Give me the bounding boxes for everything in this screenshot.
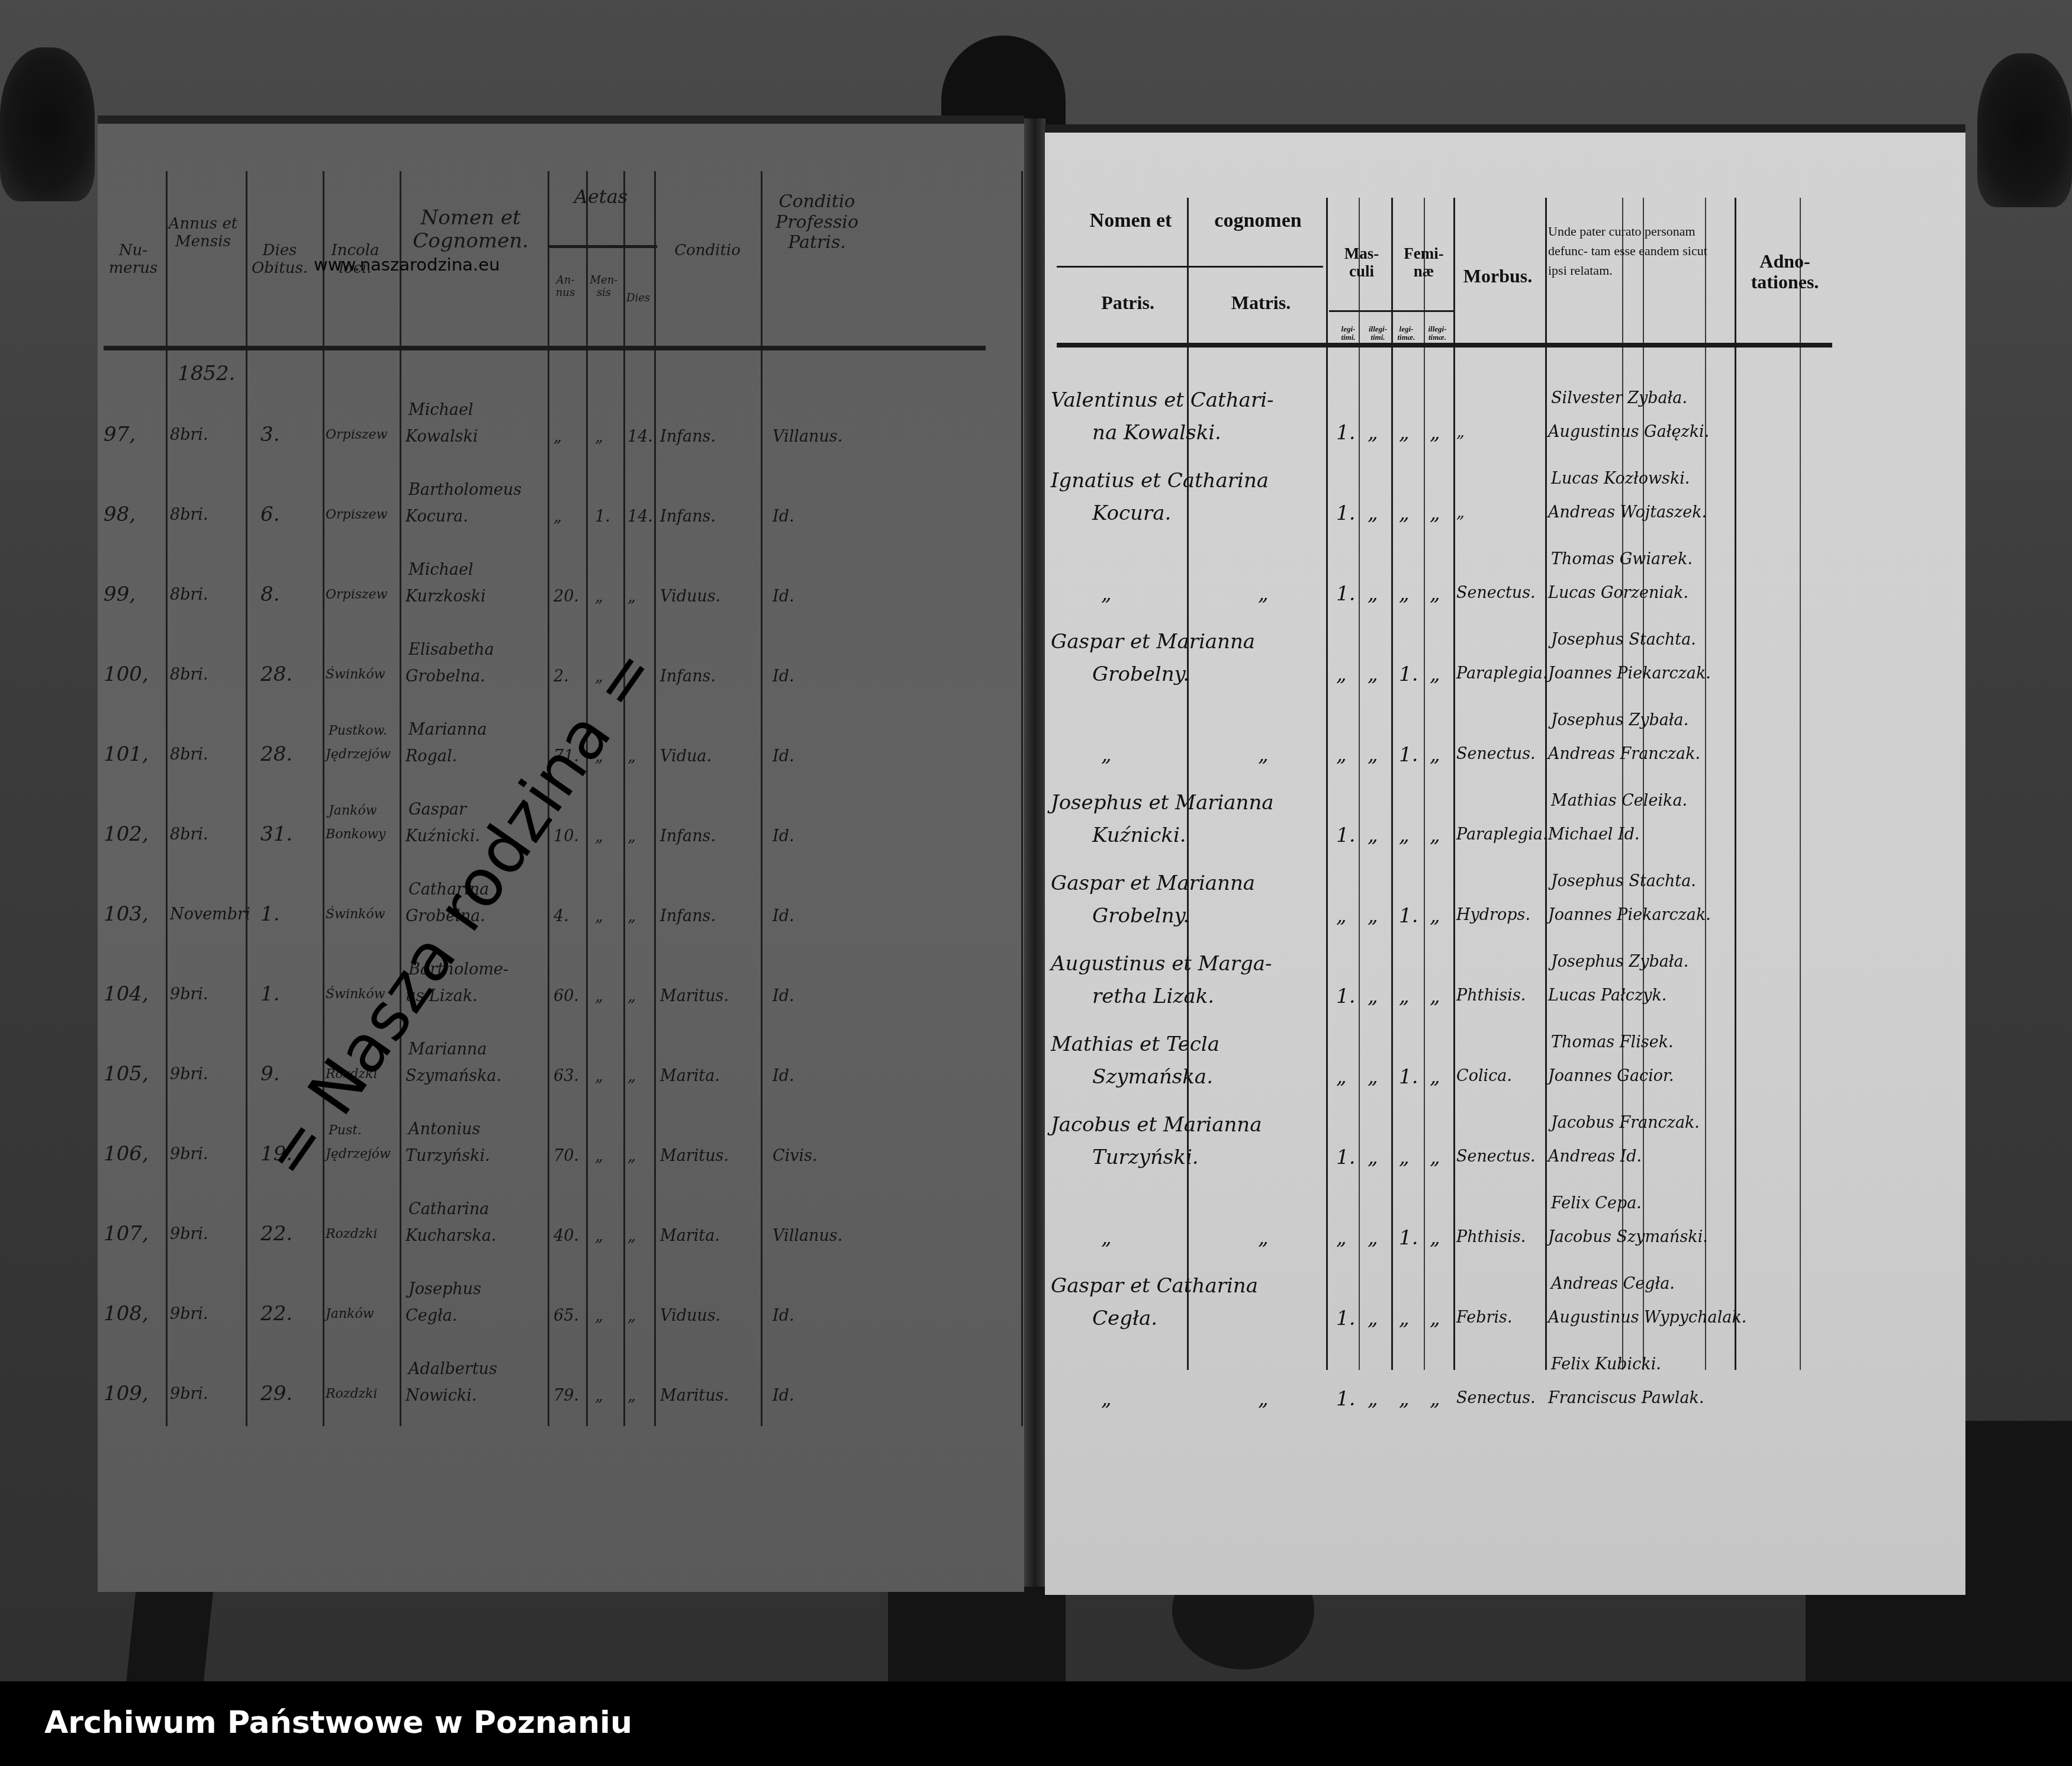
- entry-age-months: 1.: [595, 509, 610, 525]
- register-row: 98,8bri.6.OrpiszewBartholomeusKocura.„1.…: [98, 482, 1021, 562]
- entry-age-months: „: [595, 1388, 603, 1404]
- entry-month: 8bri.: [170, 427, 208, 443]
- entry-profession: Id.: [773, 1068, 794, 1084]
- entry-conditio: Infans.: [660, 828, 716, 844]
- entry-age-years: 2.: [554, 668, 569, 684]
- entry-profession: Id.: [773, 668, 794, 684]
- register-row: 104,9bri.1.ŚwinkówBartholome-us Lizak.60…: [98, 961, 1021, 1041]
- header-aetas-dies: Dies: [623, 292, 653, 305]
- entry-name-last: Szymańska.: [406, 1068, 501, 1084]
- header-aetas-anni: An- nus: [548, 275, 583, 299]
- witness-1: Thomas Flisek.: [1551, 1034, 1674, 1050]
- entry-name-first: Adalbertus: [408, 1361, 497, 1377]
- entry-day: 28.: [260, 744, 292, 764]
- parents-names: Gaspar et Marianna: [1051, 873, 1255, 893]
- entry-place: Orpiszew: [326, 509, 387, 522]
- entry-place: Orpiszew: [326, 588, 387, 601]
- count-male-legitimate: „: [1336, 1067, 1347, 1087]
- cause-of-death: Paraplegia.: [1456, 826, 1548, 842]
- cause-of-death: „: [1456, 504, 1465, 520]
- count-male-legitimate: 1.: [1336, 503, 1355, 523]
- header-annus-mensis: Annus et Mensis: [168, 215, 239, 251]
- count-female-legitimate: „: [1399, 986, 1410, 1006]
- register-row: „„1.„„„Senectus.Felix Kubicki.Franciscus…: [1045, 1347, 1962, 1428]
- count-male-legitimate: 1.: [1336, 986, 1355, 1006]
- count-male-illegitimate: „: [1368, 1147, 1378, 1167]
- archive-name: Archiwum Państwowe w Poznaniu: [44, 1705, 632, 1741]
- entry-name-first: Marianna: [408, 722, 487, 738]
- count-female-illegitimate: „: [1430, 1067, 1440, 1087]
- count-male-illegitimate: „: [1368, 1067, 1378, 1087]
- entry-profession: Villanus.: [773, 429, 842, 445]
- count-female-illegitimate: „: [1430, 1147, 1440, 1167]
- entry-day: 22.: [260, 1304, 292, 1324]
- witness-2: Lucas Gorzeniak.: [1548, 585, 1688, 601]
- witness-1: Josephus Zybała.: [1551, 954, 1688, 970]
- entry-age-months: „: [595, 1148, 603, 1164]
- cause-of-death: Paraplegia.: [1456, 665, 1548, 681]
- count-male-legitimate: 1.: [1336, 1308, 1355, 1328]
- header-nomen-et: Nomen et: [1057, 210, 1205, 231]
- header-bottom-rule: [104, 346, 986, 350]
- archive-banner: Archiwum Państwowe w Poznaniu: [0, 1681, 2072, 1766]
- entry-place: Świnków: [326, 668, 385, 681]
- count-male-legitimate: „: [1336, 664, 1347, 684]
- left-page: Nu- merus Annus et Mensis Dies Obitus. I…: [98, 115, 1024, 1592]
- header-conditio-professio-patris: Conditio Professio Patris.: [764, 192, 870, 253]
- count-male-illegitimate: „: [1368, 503, 1378, 523]
- entry-age-months: „: [595, 1308, 603, 1324]
- count-female-illegitimate: „: [1430, 503, 1440, 523]
- cause-of-death: Phthisis.: [1456, 987, 1526, 1003]
- parents-surname: Kocura.: [1092, 503, 1171, 523]
- entry-number: 104,: [104, 984, 149, 1004]
- entry-name-last: Kurzkoski: [406, 588, 486, 604]
- header-numerus: Nu- merus: [101, 242, 166, 278]
- header-rule: [548, 245, 657, 248]
- parents-surname: Kuźnicki.: [1092, 825, 1186, 845]
- witness-1: Josephus Zybała.: [1551, 712, 1688, 728]
- register-row: 109,9bri.29.RozdzkiAdalbertusNowicki.79.…: [98, 1361, 1021, 1441]
- entry-day: 31.: [260, 824, 292, 844]
- entry-day: 8.: [260, 584, 279, 604]
- entry-day: 1.: [260, 904, 279, 924]
- entry-number: 100,: [104, 664, 149, 684]
- witness-1: Thomas Gwiarek.: [1551, 551, 1693, 567]
- entry-month: 8bri.: [170, 667, 208, 683]
- header-conditio: Conditio: [657, 242, 758, 260]
- register-row: 107,9bri.22.RozdzkiCatharinaKucharska.40…: [98, 1201, 1021, 1281]
- register-row: „„„„1.„Phthisis.Felix Cepa.Jacobus Szyma…: [1045, 1186, 1962, 1267]
- header-unde-pater: Unde pater curato personam defunc- tam e…: [1548, 221, 1720, 280]
- register-row: Ignatius et CatharinaKocura.1.„„„„Lucas …: [1045, 462, 1962, 542]
- entry-day: 3.: [260, 424, 279, 445]
- entry-name-last: Turzyński.: [406, 1148, 490, 1164]
- header-adnotationes: Adno- tationes.: [1738, 251, 1832, 292]
- count-female-legitimate: 1.: [1399, 1067, 1418, 1087]
- parents-ditto: „: [1258, 1228, 1269, 1248]
- header-dies-obitus: Dies Obitus.: [243, 242, 317, 278]
- witness-2: Augustinus Wypychalak.: [1548, 1310, 1746, 1326]
- parents-ditto: „: [1258, 745, 1269, 765]
- register-row: 97,8bri.3.OrpiszewMichaelKowalski„„14.In…: [98, 402, 1021, 482]
- header-morbus: Morbus.: [1453, 266, 1542, 287]
- entry-profession: Id.: [773, 748, 794, 764]
- entry-month: 8bri.: [170, 826, 208, 842]
- cause-of-death: Senectus.: [1456, 585, 1536, 601]
- entry-age-months: „: [595, 1228, 603, 1244]
- register-row: 105,9bri.9.RozdzkiMariannaSzymańska.63.„…: [98, 1041, 1021, 1121]
- entry-conditio: Maritus.: [660, 1148, 729, 1164]
- entry-name-first: Michael: [408, 402, 474, 418]
- parents-ditto: „: [1101, 1389, 1112, 1409]
- entry-age-months: „: [595, 1068, 603, 1084]
- parents-surname: retha Lizak.: [1092, 986, 1214, 1006]
- witness-1: Lucas Kozłowski.: [1551, 471, 1690, 487]
- count-female-legitimate: „: [1399, 1389, 1410, 1409]
- header-matris: Matris.: [1205, 292, 1317, 313]
- count-female-illegitimate: „: [1430, 745, 1440, 765]
- entry-profession: Id.: [773, 1308, 794, 1324]
- entry-age-years: 79.: [554, 1388, 579, 1404]
- header-aetas: Aetas: [548, 186, 654, 208]
- entry-number: 106,: [104, 1144, 149, 1164]
- entry-age-years: 70.: [554, 1148, 579, 1164]
- entry-name-first: Gaspar: [408, 802, 466, 818]
- entry-conditio: Marita.: [660, 1068, 720, 1084]
- count-female-illegitimate: „: [1430, 584, 1440, 604]
- count-female-legitimate: 1.: [1399, 1228, 1418, 1248]
- header-nomen-cognomen: Nomen et Cognomen.: [397, 207, 545, 253]
- entry-number: 109,: [104, 1384, 149, 1404]
- witness-1: Felix Kubicki.: [1551, 1356, 1661, 1372]
- count-female-legitimate: „: [1399, 503, 1410, 523]
- entry-age-years: 4.: [554, 908, 569, 924]
- entry-day: 1.: [260, 984, 279, 1004]
- count-female-illegitimate: „: [1430, 1389, 1440, 1409]
- entry-place: Orpiszew: [326, 429, 387, 442]
- parents-ditto: „: [1101, 1228, 1112, 1248]
- witness-2: Joannes Piekarczak.: [1548, 665, 1711, 681]
- count-female-illegitimate: „: [1430, 986, 1440, 1006]
- entry-month: 9bri.: [170, 1066, 208, 1082]
- cause-of-death: Hydrops.: [1456, 907, 1530, 923]
- entry-age-days: „: [628, 1308, 636, 1324]
- witness-2: Andreas Wojtaszek.: [1548, 504, 1707, 520]
- entry-age-days: „: [628, 588, 636, 604]
- entry-place: Jędrzejów: [326, 748, 391, 761]
- entry-name-last: Kowalski: [406, 429, 478, 445]
- entry-conditio: Vidua.: [660, 748, 712, 764]
- entry-profession: Id.: [773, 509, 794, 525]
- entry-number: 107,: [104, 1224, 149, 1244]
- register-row: Josephus et MariannaKuźnicki.1.„„„Parapl…: [1045, 784, 1962, 864]
- header-illegitimae: illegi- timæ.: [1423, 325, 1452, 342]
- count-male-legitimate: 1.: [1336, 584, 1355, 604]
- entry-month: 9bri.: [170, 1386, 208, 1402]
- entry-place-line1: Janków: [329, 805, 377, 818]
- entry-name-last: Grobelna.: [406, 668, 485, 684]
- count-male-illegitimate: „: [1368, 584, 1378, 604]
- count-male-illegitimate: „: [1368, 825, 1378, 845]
- count-male-illegitimate: „: [1368, 664, 1378, 684]
- entry-month: 9bri.: [170, 986, 208, 1002]
- count-male-legitimate: 1.: [1336, 1147, 1355, 1167]
- entry-conditio: Infans.: [660, 429, 716, 445]
- entry-name-first: Marianna: [408, 1041, 487, 1057]
- count-male-legitimate: 1.: [1336, 825, 1355, 845]
- count-female-illegitimate: „: [1430, 423, 1440, 443]
- entry-number: 101,: [104, 744, 149, 764]
- entry-name-last: Nowicki.: [406, 1388, 477, 1404]
- parents-surname: Cegła.: [1092, 1308, 1157, 1328]
- cause-of-death: „: [1456, 424, 1465, 440]
- entry-conditio: Infans.: [660, 908, 716, 924]
- count-male-legitimate: 1.: [1336, 1389, 1355, 1409]
- entry-conditio: Viduus.: [660, 588, 720, 604]
- count-female-legitimate: „: [1399, 584, 1410, 604]
- parents-names: Jacobus et Marianna: [1051, 1115, 1262, 1135]
- register-row: 106,9bri.19.Pust.JędrzejówAntoniusTurzyń…: [98, 1121, 1021, 1201]
- register-row: Gaspar et MariannaGrobelny.„„1.„Parapleg…: [1045, 623, 1962, 703]
- count-male-legitimate: 1.: [1336, 423, 1355, 443]
- header-rule: [1057, 266, 1323, 268]
- entry-age-years: „: [554, 429, 562, 445]
- parents-names: Mathias et Tecla: [1051, 1034, 1220, 1054]
- entry-age-months: „: [595, 429, 603, 445]
- entry-conditio: Maritus.: [660, 988, 729, 1004]
- count-female-illegitimate: „: [1430, 825, 1440, 845]
- parents-ditto: „: [1101, 745, 1112, 765]
- witness-1: Felix Cepa.: [1551, 1195, 1642, 1211]
- entry-day: 9.: [260, 1064, 279, 1084]
- entry-day: 29.: [260, 1384, 292, 1404]
- book-gutter: [1024, 118, 1045, 1587]
- entry-month: 8bri.: [170, 587, 208, 603]
- entry-day: 22.: [260, 1224, 292, 1244]
- entry-name-last: Kocura.: [406, 509, 468, 525]
- entry-month: 9bri.: [170, 1226, 208, 1242]
- entry-age-days: „: [628, 988, 636, 1004]
- parents-surname: Turzyński.: [1092, 1147, 1199, 1167]
- header-illegitimi: illegi- timi.: [1365, 325, 1391, 342]
- entry-age-years: 40.: [554, 1228, 579, 1244]
- entry-age-days: „: [628, 1228, 636, 1244]
- witness-2: Joannes Piekarczak.: [1548, 907, 1711, 923]
- entry-age-days: „: [628, 908, 636, 924]
- register-row: Gaspar et MariannaGrobelny.„„1.„Hydrops.…: [1045, 864, 1962, 945]
- entry-name-first: Elisabetha: [408, 642, 494, 658]
- witness-1: Josephus Stachta.: [1551, 632, 1696, 648]
- entry-age-days: „: [628, 1068, 636, 1084]
- parents-names: Gaspar et Marianna: [1051, 632, 1255, 652]
- parents-surname: Grobelny.: [1092, 664, 1189, 684]
- entry-profession: Id.: [773, 908, 794, 924]
- entry-profession: Id.: [773, 828, 794, 844]
- entry-profession: Civis.: [773, 1148, 818, 1164]
- witness-1: Silvester Zybała.: [1551, 390, 1687, 406]
- parents-names: Augustinus et Marga-: [1051, 954, 1272, 974]
- count-male-legitimate: „: [1336, 1228, 1347, 1248]
- parents-ditto: „: [1258, 584, 1269, 604]
- header-patris: Patris.: [1069, 292, 1187, 313]
- entry-age-months: „: [595, 988, 603, 1004]
- register-row: 103,Novembri1.ŚwinkówCatharinaGrobelna.4…: [98, 882, 1021, 961]
- header-aetas-menses: Men- sis: [586, 275, 622, 299]
- count-male-illegitimate: „: [1368, 906, 1378, 926]
- count-male-illegitimate: „: [1368, 1308, 1378, 1328]
- header-legitimae: legi- timæ.: [1393, 325, 1420, 342]
- header-bottom-rule: [1057, 343, 1832, 348]
- register-row: Jacobus et MariannaTurzyński.1.„„„Senect…: [1045, 1106, 1962, 1186]
- entry-day: 28.: [260, 664, 292, 684]
- witness-2: Franciscus Pawlak.: [1548, 1390, 1704, 1406]
- entry-profession: Id.: [773, 988, 794, 1004]
- header-legitimi: legi- timi.: [1335, 325, 1362, 342]
- count-male-illegitimate: „: [1368, 1389, 1378, 1409]
- entry-profession: Villanus.: [773, 1228, 842, 1244]
- entry-conditio: Maritus.: [660, 1388, 729, 1404]
- witness-2: Lucas Pałczyk.: [1548, 987, 1666, 1003]
- entry-month: 9bri.: [170, 1306, 208, 1322]
- parents-names: Josephus et Marianna: [1051, 793, 1274, 813]
- entry-place: Janków: [326, 1308, 374, 1321]
- cause-of-death: Phthisis.: [1456, 1229, 1526, 1245]
- entry-name-first: Bartholomeus: [408, 482, 522, 498]
- clamp-left: [0, 47, 95, 201]
- entry-age-days: 14.: [628, 509, 653, 525]
- entry-place: Rozdzki: [326, 1228, 377, 1241]
- witness-2: Jacobus Szymański.: [1548, 1229, 1708, 1245]
- entry-conditio: Marita.: [660, 1228, 720, 1244]
- entry-name-last: Rogal.: [406, 748, 457, 764]
- entry-number: 102,: [104, 824, 149, 844]
- entry-name-first: Catharina: [408, 1201, 489, 1217]
- entry-age-years: 20.: [554, 588, 579, 604]
- entry-day: 6.: [260, 504, 279, 525]
- parents-names: Gaspar et Catharina: [1051, 1276, 1258, 1296]
- entry-month: Novembri: [170, 906, 250, 922]
- cause-of-death: Senectus.: [1456, 1390, 1536, 1406]
- entry-age-years: 65.: [554, 1308, 579, 1324]
- register-row: 99,8bri.8.OrpiszewMichaelKurzkoski20.„„V…: [98, 562, 1021, 642]
- count-female-illegitimate: „: [1430, 664, 1440, 684]
- parents-surname: Grobelny.: [1092, 906, 1189, 926]
- count-female-illegitimate: „: [1430, 1308, 1440, 1328]
- entry-month: 8bri.: [170, 507, 208, 523]
- entry-age-years: 60.: [554, 988, 579, 1004]
- count-male-illegitimate: „: [1368, 986, 1378, 1006]
- entry-conditio: Viduus.: [660, 1308, 720, 1324]
- count-male-illegitimate: „: [1368, 745, 1378, 765]
- entry-age-months: „: [595, 588, 603, 604]
- header-rule: [1329, 310, 1453, 312]
- witness-2: Michael Id.: [1548, 826, 1640, 842]
- entry-profession: Id.: [773, 588, 794, 604]
- count-male-illegitimate: „: [1368, 1228, 1378, 1248]
- entry-place: Bonkowy: [326, 828, 385, 841]
- entry-month: 8bri.: [170, 747, 208, 763]
- entry-age-months: „: [595, 908, 603, 924]
- register-row: Mathias et TeclaSzymańska.„„1.„Colica.Th…: [1045, 1025, 1962, 1106]
- cause-of-death: Febris.: [1456, 1310, 1513, 1326]
- parents-surname: Szymańska.: [1092, 1067, 1213, 1087]
- register-row: „„„„1.„Senectus.Josephus Zybała.Andreas …: [1045, 703, 1962, 784]
- entry-number: 108,: [104, 1304, 149, 1324]
- count-female-legitimate: „: [1399, 825, 1410, 845]
- register-row: Augustinus et Marga-retha Lizak.1.„„„Pht…: [1045, 945, 1962, 1025]
- cause-of-death: Senectus.: [1456, 1149, 1536, 1165]
- parents-ditto: „: [1101, 584, 1112, 604]
- entry-month: 9bri.: [170, 1146, 208, 1162]
- year-label: 1852.: [178, 364, 235, 384]
- entry-number: 99,: [104, 584, 136, 604]
- count-female-legitimate: „: [1399, 1308, 1410, 1328]
- entry-place: Rozdzki: [326, 1388, 377, 1401]
- entry-name-first: Josephus: [408, 1281, 481, 1297]
- witness-2: Joannes Gacior.: [1548, 1068, 1674, 1084]
- entry-age-years: „: [554, 509, 562, 525]
- parents-names: Ignatius et Catharina: [1051, 471, 1269, 491]
- register-row: „„1.„„„Senectus.Thomas Gwiarek.Lucas Gor…: [1045, 542, 1962, 623]
- right-page: Nomen et cognomen Patris. Matris. Mas- c…: [1045, 124, 1965, 1595]
- witness-2: Andreas Id.: [1548, 1149, 1642, 1165]
- entry-number: 103,: [104, 904, 149, 924]
- entry-age-days: 14.: [628, 429, 653, 445]
- count-female-legitimate: 1.: [1399, 906, 1418, 926]
- column-rule: [1021, 171, 1023, 1426]
- witness-1: Jacobus Franczak.: [1551, 1115, 1700, 1131]
- entry-place-line1: Pustkow.: [329, 725, 387, 738]
- parents-ditto: „: [1258, 1389, 1269, 1409]
- witness-1: Josephus Stachta.: [1551, 873, 1696, 889]
- count-female-legitimate: „: [1399, 1147, 1410, 1167]
- watermark-url: www.naszarodzina.eu: [314, 255, 500, 275]
- cause-of-death: Colica.: [1456, 1068, 1512, 1084]
- entry-place: Świnków: [326, 908, 385, 921]
- register-row: Gaspar et CatharinaCegła.1.„„„Febris.And…: [1045, 1267, 1962, 1347]
- register-row: 108,9bri.22.JankówJosephusCegła.65.„„Vid…: [98, 1281, 1021, 1361]
- entry-name-first: Antonius: [408, 1121, 480, 1137]
- header-feminae: Femi- næ: [1394, 245, 1453, 280]
- entry-age-days: „: [628, 828, 636, 844]
- entry-name-first: Michael: [408, 562, 474, 578]
- entry-age-days: „: [628, 1148, 636, 1164]
- cause-of-death: Senectus.: [1456, 746, 1536, 762]
- entry-name-last: Kucharska.: [406, 1228, 496, 1244]
- header-cognomen: cognomen: [1196, 210, 1320, 231]
- entry-age-years: 63.: [554, 1068, 579, 1084]
- count-male-legitimate: „: [1336, 906, 1347, 926]
- entry-age-days: „: [628, 748, 636, 764]
- register-row: Valentinus et Cathari-na Kowalski.1.„„„„…: [1045, 381, 1962, 462]
- clamp-right: [1977, 53, 2072, 207]
- count-female-illegitimate: „: [1430, 906, 1440, 926]
- count-female-legitimate: „: [1399, 423, 1410, 443]
- witness-2: Andreas Franczak.: [1548, 746, 1700, 762]
- count-male-illegitimate: „: [1368, 423, 1378, 443]
- entry-profession: Id.: [773, 1388, 794, 1404]
- header-masculi: Mas- culi: [1335, 245, 1388, 280]
- count-female-illegitimate: „: [1430, 1228, 1440, 1248]
- witness-1: Mathias Celeika.: [1551, 793, 1687, 809]
- count-female-legitimate: 1.: [1399, 745, 1418, 765]
- entry-number: 98,: [104, 504, 136, 525]
- parents-surname: na Kowalski.: [1092, 423, 1221, 443]
- entry-number: 97,: [104, 424, 136, 445]
- entry-age-days: „: [628, 1388, 636, 1404]
- entry-age-months: „: [595, 828, 603, 844]
